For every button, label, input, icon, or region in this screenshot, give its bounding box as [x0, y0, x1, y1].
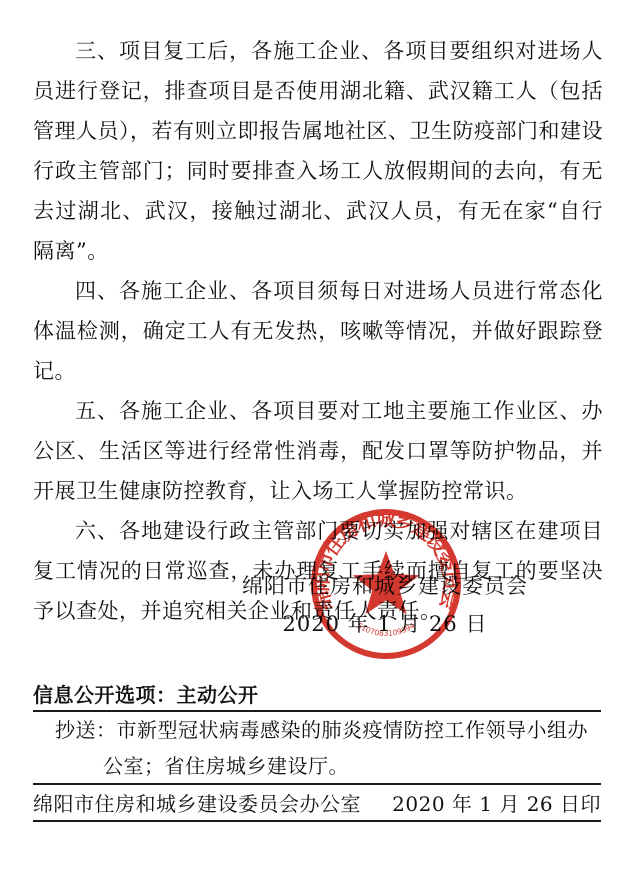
cc-row: 抄送：市新型冠状病毒感染的肺炎疫情防控工作领导小组办 公室；省住房城乡建设厅。: [33, 712, 601, 785]
body-paragraph-3: 三、项目复工后，各施工企业、各项目要组织对进场人员进行登记，排查项目是否使用湖北…: [33, 31, 603, 271]
disclosure-option-label: 信息公开选项：主动公开: [33, 683, 259, 707]
cc-line-2: 公室；省住房城乡建设厅。: [103, 754, 349, 778]
signature-date: 2020 年 1 月 26 日: [240, 604, 530, 644]
issuer-office: 绵阳市住房和城乡建设委员会办公室: [33, 788, 361, 817]
signature-organization: 绵阳市住房和城乡建设委员会: [240, 568, 530, 604]
cc-line-1: 抄送：市新型冠状病毒感染的肺炎疫情防控工作领导小组办: [55, 718, 588, 742]
body-paragraph-4: 四、各施工企业、各项目须每日对进场人员进行常态化体温检测，确定工人有无发热，咳嗽…: [33, 271, 603, 391]
cc-text: 抄送：市新型冠状病毒感染的肺炎疫情防控工作领导小组办 公室；省住房城乡建设厅。: [33, 712, 601, 784]
document-page: 三、项目复工后，各施工企业、各项目要组织对进场人员进行登记，排查项目是否使用湖北…: [0, 0, 639, 872]
issuer-row: 绵阳市住房和城乡建设委员会办公室 2020 年 1 月 26 日印: [33, 785, 601, 822]
print-date: 2020 年 1 月 26 日印: [392, 788, 601, 817]
body-paragraph-5: 五、各施工企业、各项目要对工地主要施工作业区、办公区、生活区等进行经常性消毒，配…: [33, 391, 603, 511]
document-body: 三、项目复工后，各施工企业、各项目要组织对进场人员进行登记，排查项目是否使用湖北…: [33, 31, 603, 631]
signature-block: 绵阳市住房和城乡建设委员会 2020 年 1 月 26 日: [240, 568, 530, 644]
disclosure-option-row: 信息公开选项：主动公开: [33, 682, 601, 712]
